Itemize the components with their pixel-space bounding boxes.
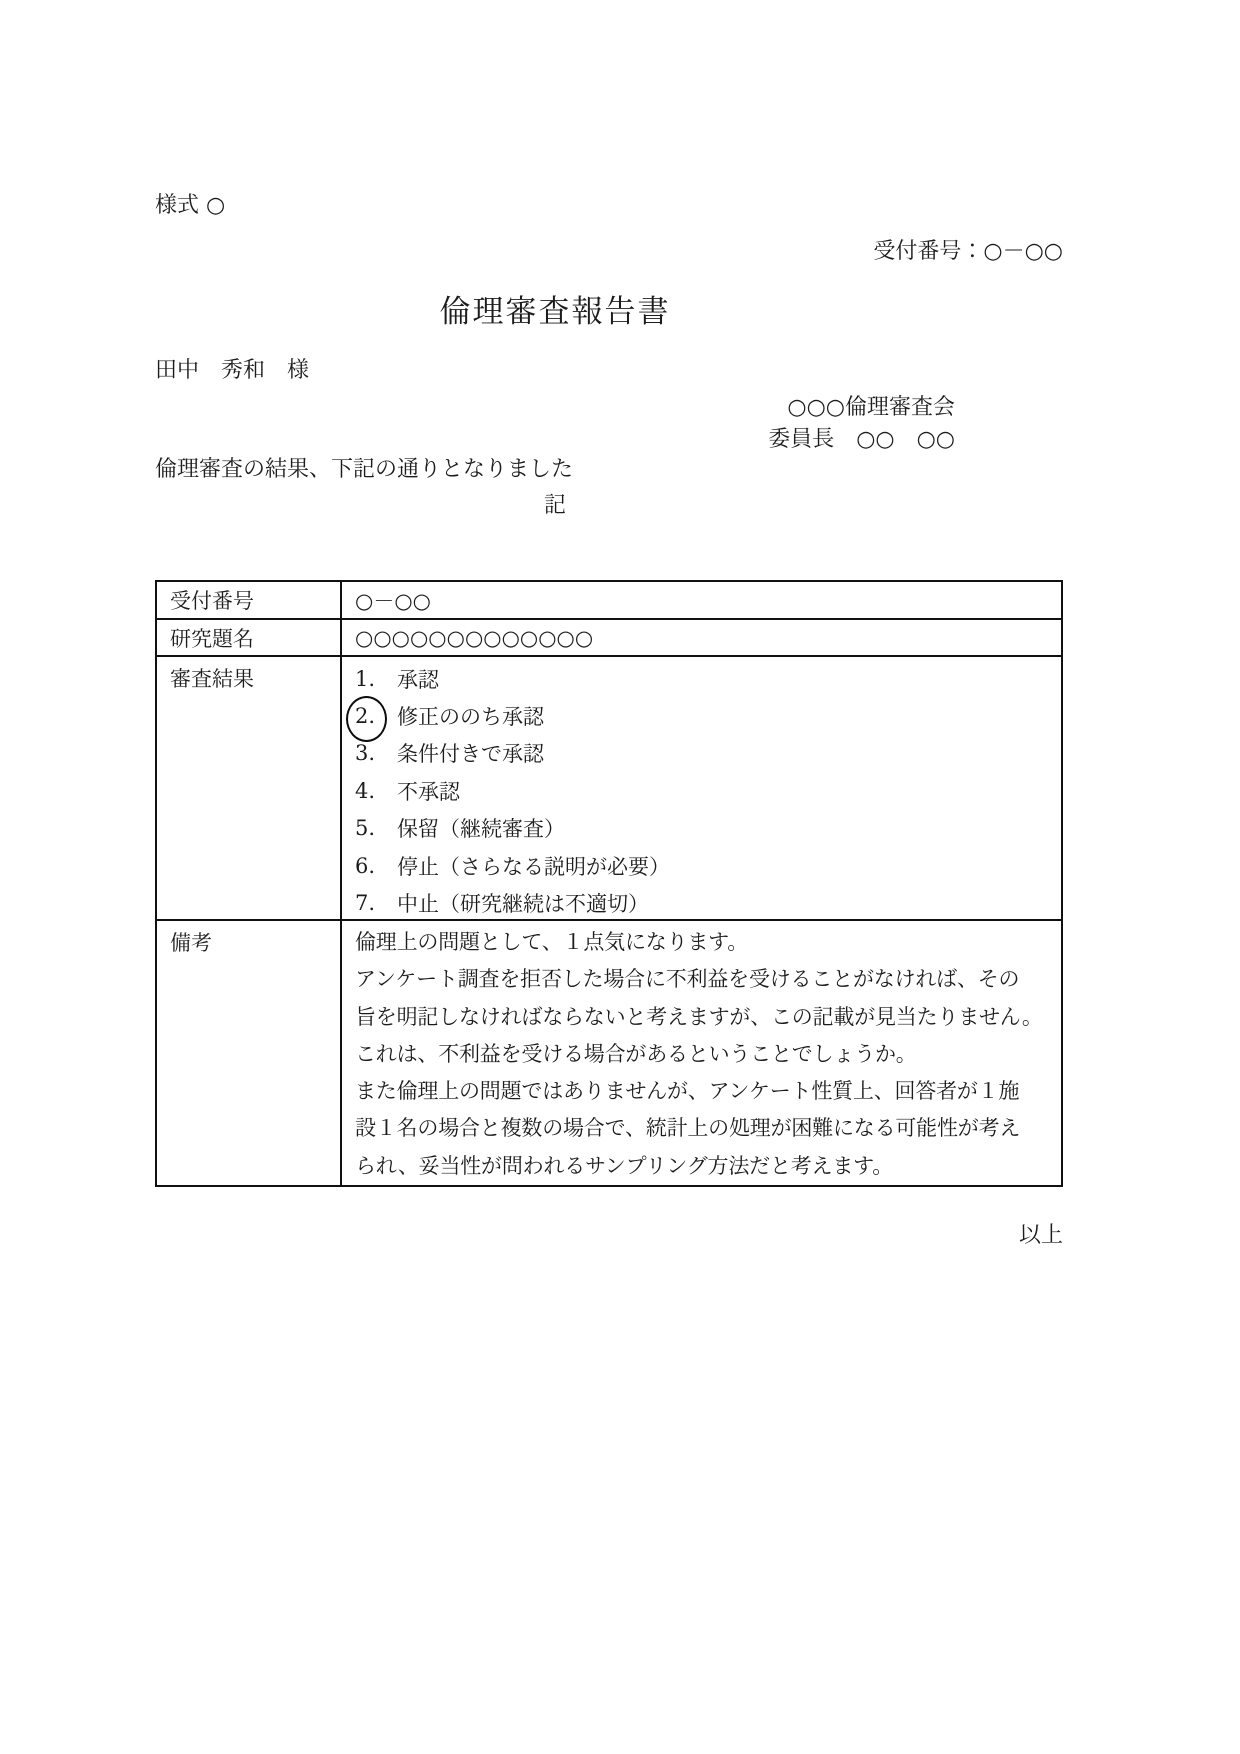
remarks-line: 倫理上の問題として、１点気になります。 — [355, 924, 1061, 961]
result-option-7: 7. 中止（研究継続は不適切） — [355, 884, 1061, 921]
table-row-research-title: 研究題名 ○○○○○○○○○○○○○ — [157, 618, 1061, 655]
option-number: 3. — [355, 741, 397, 765]
result-option-2-selected: 2. 修正ののち承認 — [355, 697, 1061, 734]
document-title: 倫理審査報告書 — [155, 286, 955, 331]
option-text: 修正ののち承認 — [397, 701, 544, 731]
remarks-line: アンケート調査を拒否した場合に不利益を受けることがなければ、その — [355, 961, 1061, 998]
option-number: 5. — [355, 816, 397, 840]
remarks-line: また倫理上の問題ではありませんが、アンケート性質上、回答者が１施 — [355, 1073, 1061, 1110]
result-intro-line: 倫理審査の結果、下記の通りとなりました — [155, 456, 573, 485]
result-option-3: 3. 条件付きで承認 — [355, 735, 1061, 772]
review-result-label: 審査結果 — [157, 657, 342, 919]
remarks-label: 備考 — [157, 921, 342, 1185]
option-text: 条件付きで承認 — [397, 738, 544, 768]
table-row-review-result: 審査結果 1. 承認 2. 修正ののち承認 3. 条件付きで承認 — [157, 655, 1061, 919]
reception-number-line: 受付番号：○－○○ — [873, 238, 1063, 267]
result-option-5: 5. 保留（継続審査） — [355, 809, 1061, 846]
form-label: 様式 ○ — [155, 192, 225, 221]
table-row-reception: 受付番号 ○－○○ — [157, 582, 1061, 618]
remarks-line: これは、不利益を受ける場合があるということでしょうか。 — [355, 1036, 1061, 1073]
remarks-line: られ、妥当性が問われるサンプリング方法だと考えます。 — [355, 1148, 1061, 1185]
addressee: 田中 秀和 様 — [155, 357, 309, 386]
ethics-review-report-page: 様式 ○ 受付番号：○－○○ 倫理審査報告書 田中 秀和 様 ○○○倫理審査会 … — [0, 0, 1240, 1754]
remarks-line: 旨を明記しなければならないと考えますが、この記載が見当たりません。 — [355, 999, 1061, 1036]
result-option-1: 1. 承認 — [355, 660, 1061, 697]
remarks-body: 倫理上の問題として、１点気になります。 アンケート調査を拒否した場合に不利益を受… — [342, 921, 1061, 1185]
option-number: 4. — [355, 779, 397, 803]
option-text: 停止（さらなる説明が必要） — [397, 851, 670, 881]
result-option-6: 6. 停止（さらなる説明が必要） — [355, 847, 1061, 884]
option-number: 1. — [355, 667, 397, 691]
selected-circle-mark — [346, 696, 387, 742]
option-text: 承認 — [397, 664, 439, 694]
option-text: 不承認 — [397, 776, 460, 806]
record-mark: 記 — [155, 492, 955, 521]
closing-mark: 以上 — [1019, 1222, 1063, 1251]
reception-label: 受付番号 — [157, 582, 342, 618]
remarks-line: 設１名の場合と複数の場合で、統計上の処理が困難になる可能性が考え — [355, 1110, 1061, 1147]
review-result-options: 1. 承認 2. 修正ののち承認 3. 条件付きで承認 4. 不承認 — [342, 657, 1061, 919]
review-result-table: 受付番号 ○－○○ 研究題名 ○○○○○○○○○○○○○ 審査結果 1. 承認 … — [155, 580, 1063, 1187]
table-row-remarks: 備考 倫理上の問題として、１点気になります。 アンケート調査を拒否した場合に不利… — [157, 919, 1061, 1185]
option-number: 6. — [355, 854, 397, 878]
chairperson-line: 委員長 ○○ ○○ — [768, 426, 955, 455]
option-text: 中止（研究継続は不適切） — [397, 888, 649, 918]
research-title-label: 研究題名 — [157, 620, 342, 655]
research-title-value: ○○○○○○○○○○○○○ — [342, 620, 1061, 655]
option-number: 2. — [355, 704, 397, 728]
committee-name: ○○○倫理審査会 — [787, 394, 955, 423]
option-number: 7. — [355, 891, 397, 915]
reception-value: ○－○○ — [342, 582, 1061, 618]
result-option-4: 4. 不承認 — [355, 772, 1061, 809]
option-text: 保留（継続審査） — [397, 813, 565, 843]
